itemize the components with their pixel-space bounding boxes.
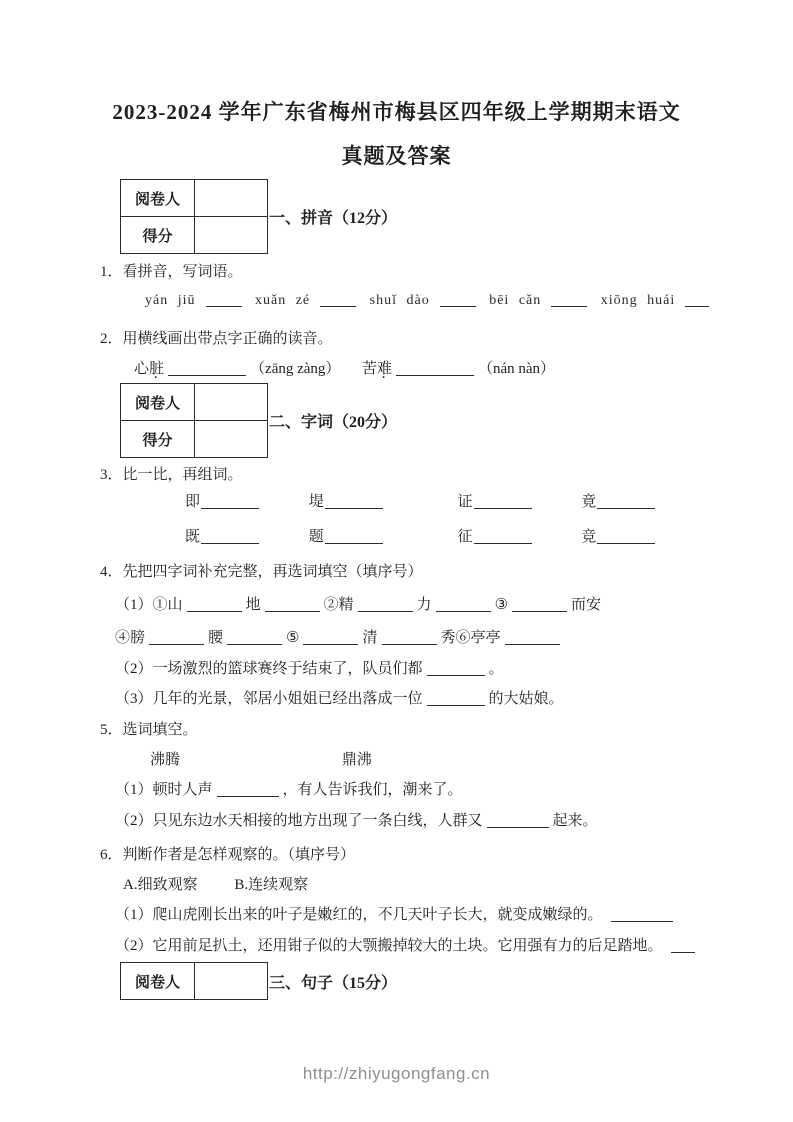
- q4-sub2-line: （2）一场激烈的篮球赛终于结束了，队员们都。: [115, 657, 504, 678]
- q4-sub3-post: 的大姑娘。: [489, 691, 564, 707]
- answer-blank: [427, 660, 485, 676]
- q4-part: ⑤: [286, 630, 299, 646]
- answer-blank: [265, 596, 320, 612]
- q6-sub1-text: （1）爬山虎刚长出来的叶子是嫩红的，不几天叶子长大，就变成嫩绿的。: [115, 907, 603, 923]
- q3-pair: 证: [458, 490, 578, 511]
- q1-pinyin-1: yán jiū: [145, 293, 196, 308]
- q3-char: 既: [185, 529, 200, 545]
- answer-blank: [487, 812, 549, 828]
- answer-blank: [227, 629, 282, 645]
- q4-stem: 4．先把四字词补充完整，再选词填空（填序号）: [100, 560, 423, 581]
- score-cell-empty: [195, 421, 268, 458]
- score-label: 得分: [121, 421, 195, 458]
- answer-blank: [551, 291, 587, 307]
- q3-char: 即: [185, 494, 200, 510]
- answer-blank: [325, 493, 383, 509]
- grader-section-1: 阅卷人 得分 一、拼音（12分）: [120, 179, 397, 254]
- answer-blank: [320, 291, 356, 307]
- q5-sub2-pre: （2）只见东边水天相接的地方出现了一条白线，人群又: [115, 813, 483, 829]
- answer-blank: [597, 528, 655, 544]
- page-title-line2: 真题及答案: [0, 141, 793, 171]
- grader-table-1: 阅卷人 得分: [120, 179, 268, 254]
- q4-part: 清: [362, 630, 377, 646]
- q6-options-row: A.细致观察 B.连续观察: [123, 873, 308, 894]
- q5-option-1: 沸腾: [150, 748, 180, 769]
- q2-word1-dotted: 脏: [149, 361, 164, 377]
- q3-char: 证: [458, 494, 473, 510]
- q4-part: ②精: [324, 597, 354, 613]
- q3-char: 竞: [581, 529, 596, 545]
- q3-pair: 征: [458, 525, 578, 546]
- q4-sub3-line: （3）几年的光景，邻居小姐姐已经出落成一位的大姑娘。: [115, 687, 564, 708]
- answer-blank: [382, 629, 437, 645]
- score-label: 得分: [121, 217, 195, 254]
- answer-blank: [671, 937, 695, 953]
- answer-blank: [474, 528, 532, 544]
- q4-part: （1）①山: [115, 597, 183, 613]
- q1-stem: 1．看拼音，写词语。: [100, 260, 243, 281]
- answer-blank: [187, 596, 242, 612]
- section-1-heading: 一、拼音（12分）: [269, 205, 397, 228]
- reviewer-cell-empty: [195, 384, 268, 421]
- q1-pinyin-3: shuǐ dào: [370, 293, 430, 308]
- q4-sub1b-line: ④膀腰⑤清秀⑥亭亭: [115, 626, 564, 647]
- q2-word1-plain: 心: [134, 361, 149, 377]
- q3-pair: 题: [309, 525, 454, 546]
- q4-part: 地: [246, 597, 261, 613]
- page-title-line1: 2023-2024 学年广东省梅州市梅县区四年级上学期期末语文: [0, 97, 793, 127]
- q3-char: 堤: [309, 494, 324, 510]
- grader-table-2: 阅卷人 得分: [120, 383, 268, 458]
- answer-blank: [505, 629, 560, 645]
- answer-blank: [149, 629, 204, 645]
- footer-url: http://zhiyugongfang.cn: [0, 1064, 793, 1084]
- q4-part: 而安: [571, 597, 601, 613]
- reviewer-label: 阅卷人: [121, 180, 195, 217]
- q2-word2-dotted: 难: [377, 361, 392, 377]
- q5-option-2: 鼎沸: [342, 748, 372, 769]
- answer-blank: [206, 291, 242, 307]
- reviewer-label: 阅卷人: [121, 963, 195, 1000]
- answer-blank: [436, 596, 491, 612]
- answer-blank: [325, 528, 383, 544]
- q4-part: 力: [417, 597, 432, 613]
- q2-answer-line: 心脏（zāng zàng） 苦难（nán nàn）: [134, 357, 555, 378]
- answer-blank: [474, 493, 532, 509]
- q2-word2-pinyin: （nán nàn）: [478, 361, 555, 377]
- q4-part: 秀⑥亭亭: [441, 630, 501, 646]
- q1-pinyin-row: yán jiū xuǎn zé shuǐ dào bēi cǎn xiōng h…: [145, 291, 713, 309]
- reviewer-label: 阅卷人: [121, 384, 195, 421]
- q4-sub2-pre: （2）一场激烈的篮球赛终于结束了，队员们都: [115, 661, 423, 677]
- q1-pinyin-2: xuǎn zé: [255, 293, 310, 308]
- q3-row-1: 即 堤 证 竟: [185, 490, 655, 511]
- answer-blank: [597, 493, 655, 509]
- q3-pair: 即: [185, 490, 305, 511]
- answer-blank: [396, 360, 474, 376]
- answer-blank: [512, 596, 567, 612]
- q3-stem: 3．比一比，再组词。: [100, 463, 243, 484]
- q1-pinyin-5: xiōng huái: [601, 293, 676, 308]
- exam-paper-page: 2023-2024 学年广东省梅州市梅县区四年级上学期期末语文 真题及答案 阅卷…: [0, 0, 793, 1122]
- answer-blank: [427, 690, 485, 706]
- q6-option-b: B.连续观察: [234, 873, 308, 894]
- q5-sub2-post: 起来。: [553, 813, 598, 829]
- q5-sub1-pre: （1）顿时人声: [115, 782, 213, 798]
- q6-stem: 6．判断作者是怎样观察的。（填序号）: [100, 843, 355, 864]
- q5-sub1-line: （1）顿时人声，有人告诉我们，潮来了。: [115, 778, 463, 799]
- section-2-heading: 二、字词（20分）: [269, 409, 397, 432]
- q3-pair: 堤: [309, 490, 454, 511]
- q4-sub3-pre: （3）几年的光景，邻居小姐姐已经出落成一位: [115, 691, 423, 707]
- q4-sub2-post: 。: [489, 661, 504, 677]
- q4-part: 腰: [208, 630, 223, 646]
- q5-options-row: 沸腾 鼎沸: [150, 748, 372, 769]
- reviewer-cell-empty: [195, 180, 268, 217]
- q5-sub2-line: （2）只见东边水天相接的地方出现了一条白线，人群又起来。: [115, 809, 598, 830]
- q3-pair: 竟: [581, 490, 655, 511]
- q6-sub1-line: （1）爬山虎刚长出来的叶子是嫩红的，不几天叶子长大，就变成嫩绿的。: [115, 903, 677, 924]
- section-3-heading: 三、句子（15分）: [269, 970, 397, 993]
- answer-blank: [440, 291, 476, 307]
- grader-section-2: 阅卷人 得分 二、字词（20分）: [120, 383, 397, 458]
- answer-blank: [685, 291, 709, 307]
- q3-char: 竟: [581, 494, 596, 510]
- answer-blank: [611, 906, 673, 922]
- q5-stem: 5．选词填空。: [100, 718, 198, 739]
- answer-blank: [201, 528, 259, 544]
- q2-word1-pinyin: （zāng zàng）: [250, 361, 340, 377]
- q6-sub2-text: （2）它用前足扒土，还用钳子似的大颚搬掉较大的土块。它用强有力的后足踏地。: [115, 938, 663, 954]
- reviewer-cell-empty: [195, 963, 268, 1000]
- q4-part: ④膀: [115, 630, 145, 646]
- q3-row-2: 既 题 征 竞: [185, 525, 655, 546]
- q6-option-a: A.细致观察: [123, 873, 198, 894]
- q2-stem: 2．用横线画出带点字正确的读音。: [100, 327, 333, 348]
- q1-pinyin-4: bēi cǎn: [489, 293, 541, 308]
- answer-blank: [217, 781, 279, 797]
- q2-word2-plain: 苦: [362, 361, 377, 377]
- q5-sub1-post: ，有人告诉我们，潮来了。: [283, 782, 463, 798]
- answer-blank: [303, 629, 358, 645]
- q3-pair: 既: [185, 525, 305, 546]
- q4-sub1-line: （1）①山地②精力③而安: [115, 593, 601, 614]
- q4-part: ③: [495, 597, 508, 613]
- score-cell-empty: [195, 217, 268, 254]
- q6-sub2-line: （2）它用前足扒土，还用钳子似的大颚搬掉较大的土块。它用强有力的后足踏地。: [115, 934, 699, 955]
- q3-char: 征: [458, 529, 473, 545]
- q3-pair: 竞: [581, 525, 655, 546]
- grader-table-3: 阅卷人: [120, 962, 268, 1000]
- answer-blank: [358, 596, 413, 612]
- grader-section-3: 阅卷人 三、句子（15分）: [120, 962, 397, 1000]
- answer-blank: [168, 360, 246, 376]
- q3-char: 题: [309, 529, 324, 545]
- answer-blank: [201, 493, 259, 509]
